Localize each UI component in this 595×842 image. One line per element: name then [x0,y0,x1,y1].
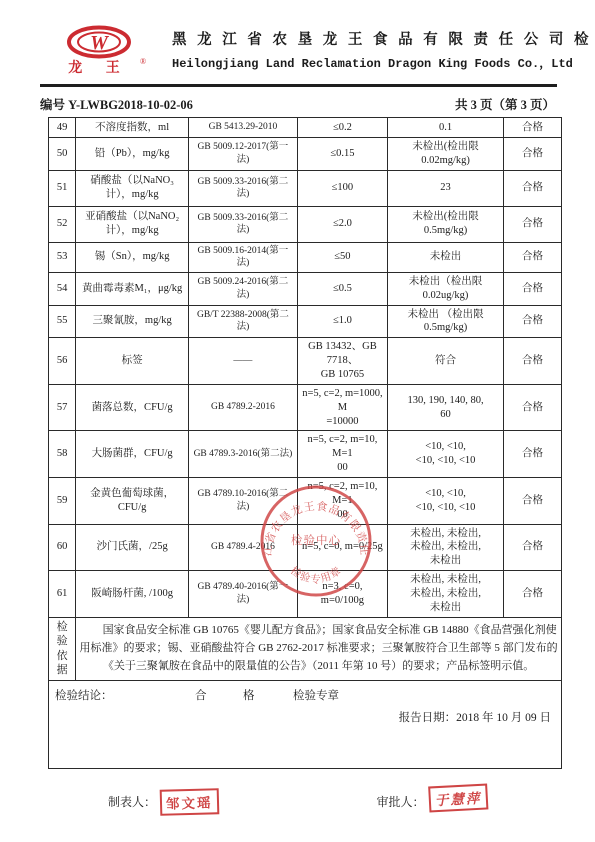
cell-conclusion: 合格 [504,477,562,524]
cell-limit: ≤0.5 [297,272,387,305]
conclusion-label: 检验结论： [55,689,113,704]
cell-item: 阪崎肠杆菌, /100g [76,571,189,618]
results-table-body: 49不溶度指数，mlGB 5413.29-2010≤0.20.1合格50铅（Pb… [49,118,562,618]
table-row: 55三聚氰胺，mg/kgGB/T 22388-2008(第二法)≤1.0未检出 … [49,305,562,338]
cell-no: 54 [49,272,76,305]
cell-limit: ≤100 [297,170,387,206]
cell-conclusion: 合格 [504,118,562,138]
doc-info-bar: 编号 Y-LWBG2018-10-02-06 共 3 页（第 3 页） [40,95,555,113]
cell-standard: GB 4789.40-2016(第一法) [189,571,298,618]
cell-limit: n=5, c=0, m=0/25g [297,524,387,571]
cell-no: 56 [49,338,76,385]
cell-standard: GB 4789.4-2016 [189,524,298,571]
cell-item: 锡（Sn），mg/kg [76,242,189,272]
signature-row: 制表人： 邹文瑶 审批人： 于慧萍 [0,789,595,815]
preparer-group: 制表人： 邹文瑶 [108,789,219,815]
cell-no: 49 [49,118,76,138]
table-row: 59金黄色葡萄球菌，CFU/gGB 4789.10-2016(第二法)n=5, … [49,477,562,524]
cell-conclusion: 合格 [504,338,562,385]
cell-result: 未检出 [388,242,504,272]
cell-item: 沙门氏菌，/25g [76,524,189,571]
cell-no: 57 [49,384,76,431]
doc-number: 编号 Y-LWBG2018-10-02-06 [40,95,193,113]
table-row: 57菌落总数，CFU/gGB 4789.2-2016n=5, c=2, m=10… [49,384,562,431]
cell-result: 未检出(检出限 0.5mg/kg) [388,206,504,242]
approver-name-stamp: 于慧萍 [428,783,488,812]
cell-item: 标签 [76,338,189,385]
table-row: 56标签——GB 13432、GB 7718、 GB 10765符合合格 [49,338,562,385]
cell-no: 50 [49,138,76,171]
approver-label: 审批人： [376,793,424,810]
report-header: W 龙 王 ® 黑 龙 江 省 农 垦 龙 王 食 品 有 限 责 任 公 司 … [0,0,595,76]
cell-conclusion: 合格 [504,571,562,618]
cell-standard: GB 5009.16-2014(第一法) [189,242,298,272]
cell-item: 不溶度指数，ml [76,118,189,138]
company-name-cn: 黑 龙 江 省 农 垦 龙 王 食 品 有 限 责 任 公 司 检 验 中 心 [172,28,595,49]
cell-standard: GB 4789.10-2016(第二法) [189,477,298,524]
cell-standard: GB 5009.24-2016(第二法) [189,272,298,305]
header-divider [40,84,557,87]
cell-limit: ≤0.2 [297,118,387,138]
cell-no: 58 [49,431,76,478]
cell-limit: ≤0.15 [297,138,387,171]
cell-item: 大肠菌群，CFU/g [76,431,189,478]
table-row: 54黄曲霉毒素M₁，μg/kgGB 5009.24-2016(第二法)≤0.5未… [49,272,562,305]
cell-standard: —— [189,338,298,385]
table-row: 49不溶度指数，mlGB 5413.29-2010≤0.20.1合格 [49,118,562,138]
cell-standard: GB 5413.29-2010 [189,118,298,138]
cell-result: 未检出, 未检出, 未检出, 未检出, 未检出 [388,571,504,618]
table-row: 52亚硝酸盐（以NaNO₂ 计），mg/kgGB 5009.33-2016(第二… [49,206,562,242]
cell-result: 0.1 [388,118,504,138]
table-row: 60沙门氏菌，/25gGB 4789.4-2016n=5, c=0, m=0/2… [49,524,562,571]
cell-conclusion: 合格 [504,272,562,305]
registered-mark: ® [140,57,146,66]
cell-no: 52 [49,206,76,242]
cell-conclusion: 合格 [504,138,562,171]
cell-item: 硝酸盐（以NaNO₃ 计），mg/kg [76,170,189,206]
cell-limit: n=5, c=2, m=1000, M =10000 [297,384,387,431]
cell-limit: ≤2.0 [297,206,387,242]
cell-limit: n=3, c=0, m=0/100g [297,571,387,618]
cell-standard: GB 4789.3-2016(第二法) [189,431,298,478]
conclusion-value: 合 [195,689,207,704]
cell-result: 未检出(检出限 0.02mg/kg) [388,138,504,171]
logo-name: 龙 王 [68,59,130,76]
seal-note: 检验专章 [293,689,339,704]
cell-no: 51 [49,170,76,206]
cell-limit: GB 13432、GB 7718、 GB 10765 [297,338,387,385]
table-row: 61阪崎肠杆菌, /100gGB 4789.40-2016(第一法)n=3, c… [49,571,562,618]
cell-limit: n=5, c=2, m=10, M=1 00 [297,431,387,478]
cell-conclusion: 合格 [504,305,562,338]
cell-standard: GB/T 22388-2008(第二法) [189,305,298,338]
cell-conclusion: 合格 [504,206,562,242]
cell-result: <10, <10, <10, <10, <10 [388,477,504,524]
cell-item: 金黄色葡萄球菌，CFU/g [76,477,189,524]
cell-standard: GB 5009.33-2016(第二法) [189,170,298,206]
cell-result: <10, <10, <10, <10, <10 [388,431,504,478]
test-results-table: 49不溶度指数，mlGB 5413.29-2010≤0.20.1合格50铅（Pb… [48,117,562,769]
cell-conclusion: 合格 [504,384,562,431]
approver-group: 审批人： 于慧萍 [376,789,487,815]
cell-limit: ≤1.0 [297,305,387,338]
basis-row: 检验 依据 国家食品安全标准 GB 10765《婴儿配方食品》；国家食品安全标准… [49,617,562,680]
cell-conclusion: 合格 [504,242,562,272]
cell-no: 55 [49,305,76,338]
cell-standard: GB 5009.33-2016(第二法) [189,206,298,242]
cell-limit: n=5, c=2, m=10, M=1 00 [297,477,387,524]
table-row: 51硝酸盐（以NaNO₃ 计），mg/kgGB 5009.33-2016(第二法… [49,170,562,206]
cell-item: 菌落总数，CFU/g [76,384,189,431]
table-row: 50铅（Pb），mg/kgGB 5009.12-2017(第一法)≤0.15未检… [49,138,562,171]
conclusion-row: 检验结论： 合 格 检验专章 报告日期：2018 年 10 月 09 日 [49,680,562,768]
cell-item: 铅（Pb），mg/kg [76,138,189,171]
cell-no: 61 [49,571,76,618]
report-date: 报告日期：2018 年 10 月 09 日 [399,711,551,726]
table-row: 53锡（Sn），mg/kgGB 5009.16-2014(第一法)≤50未检出合… [49,242,562,272]
cell-item: 三聚氰胺，mg/kg [76,305,189,338]
cell-result: 符合 [388,338,504,385]
cell-limit: ≤50 [297,242,387,272]
cell-conclusion: 合格 [504,431,562,478]
cell-standard: GB 4789.2-2016 [189,384,298,431]
basis-label: 检验 依据 [49,617,76,680]
cell-no: 53 [49,242,76,272]
cell-no: 59 [49,477,76,524]
logo-letter: W [90,32,109,54]
cell-item: 亚硝酸盐（以NaNO₂ 计），mg/kg [76,206,189,242]
cell-result: 未检出 （检出限 0.5mg/kg) [388,305,504,338]
cell-no: 60 [49,524,76,571]
page-indicator: 共 3 页（第 3 页） [455,95,555,113]
cell-result: 23 [388,170,504,206]
cell-result: 130, 190, 140, 80, 60 [388,384,504,431]
company-name-en: Heilongjiang Land Reclamation Dragon Kin… [172,54,595,71]
cell-item: 黄曲霉毒素M₁，μg/kg [76,272,189,305]
cell-conclusion: 合格 [504,170,562,206]
preparer-label: 制表人： [108,793,156,810]
preparer-name-stamp: 邹文瑶 [160,788,219,816]
cell-standard: GB 5009.12-2017(第一法) [189,138,298,171]
cell-result: 未检出, 未检出, 未检出, 未检出, 未检出 [388,524,504,571]
dragon-king-logo-icon: W 龙 王 ® [52,24,158,76]
basis-text: 国家食品安全标准 GB 10765《婴儿配方食品》；国家食品安全标准 GB 14… [76,617,562,680]
table-row: 58大肠菌群，CFU/gGB 4789.3-2016(第二法)n=5, c=2,… [49,431,562,478]
cell-result: 未检出（检出限 0.02ug/kg) [388,272,504,305]
conclusion-value: 格 [243,689,255,704]
cell-conclusion: 合格 [504,524,562,571]
